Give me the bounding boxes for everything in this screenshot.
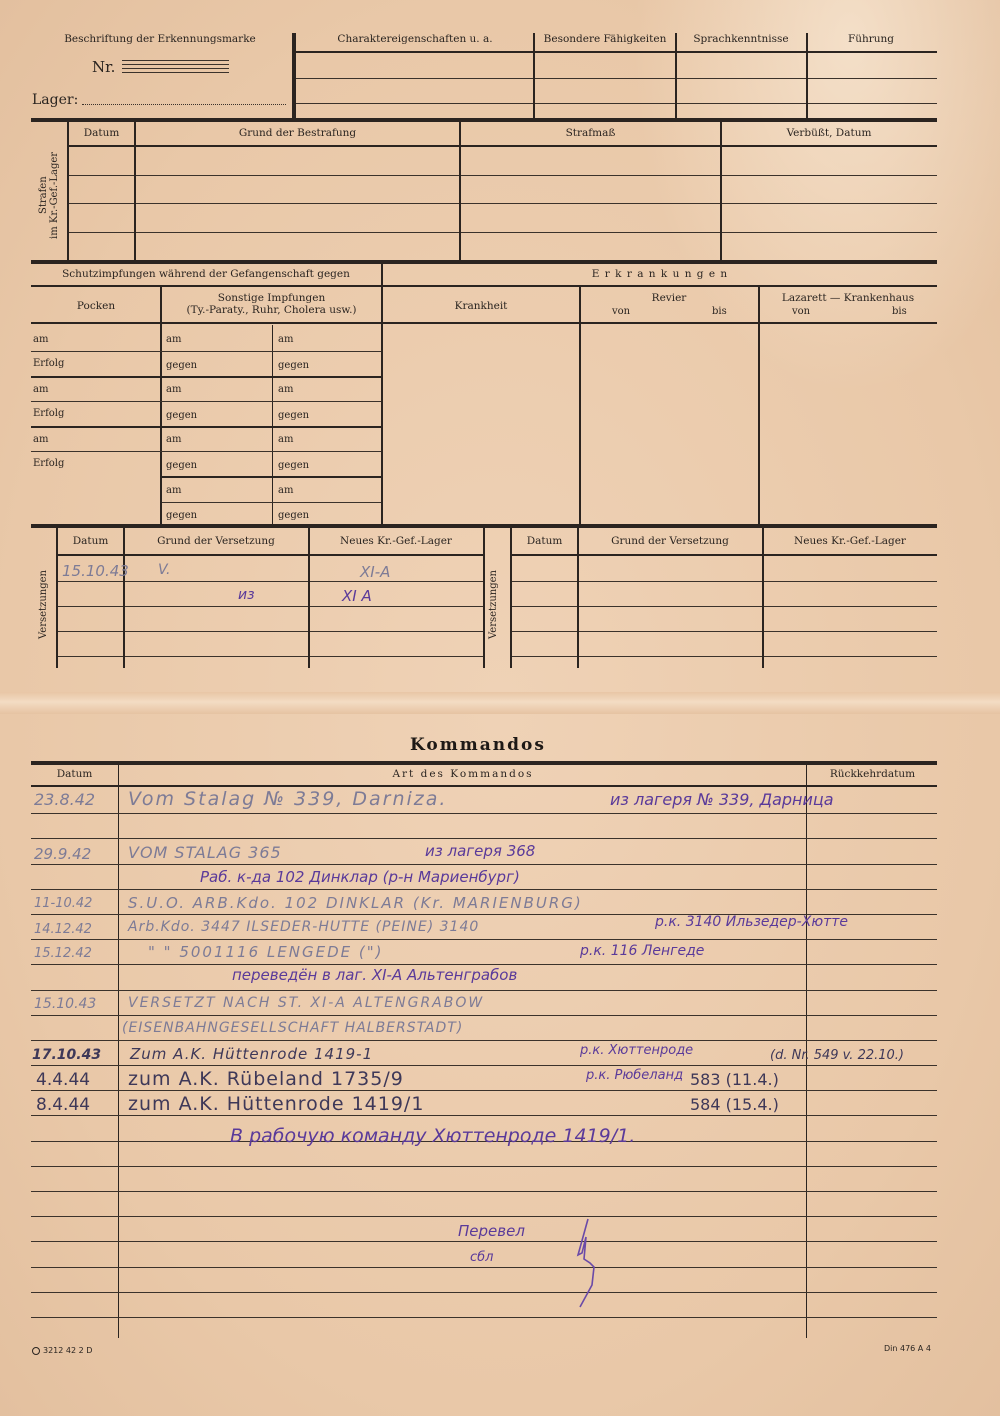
kommando-text: zum A.K. Rübeland 1735/9 [128, 1068, 404, 1090]
gegen-label: gegen [166, 510, 197, 521]
nr-line [122, 64, 229, 65]
signature-text: Перевел [458, 1222, 525, 1240]
erkrankungen-title: E r k r a n k u n g e n [383, 268, 937, 280]
kommando-text-ru: из лагеря 368 [425, 842, 535, 860]
am-label: am [33, 334, 48, 345]
kommando-date: 29.9.42 [34, 845, 91, 863]
am-label: am [166, 334, 181, 345]
kommando-date: 8.4.44 [36, 1095, 90, 1115]
kommando-text: Arb.Kdo. 3447 ILSEDER-HUTTE (PEINE) 3140 [128, 919, 479, 935]
kommando-note-ru: В рабочую команду Хюттенроде 1419/1. [230, 1125, 635, 1147]
col-sprachen: Sprachkenntnisse [676, 33, 806, 45]
lazarett-bis: bis [892, 306, 907, 317]
kommando-date: 4.4.44 [36, 1070, 90, 1090]
kommando-text: zum A.K. Hüttenrode 1419/1 [128, 1093, 424, 1115]
revier-bis: bis [712, 306, 727, 317]
vers-col-grund: Grund der Versetzung [124, 535, 308, 547]
versetzungen-side-label: Versetzungen [38, 560, 54, 650]
strafen-col-datum: Datum [69, 127, 134, 139]
vers2-col-datum: Datum [512, 535, 577, 547]
gegen-label: gegen [166, 460, 197, 471]
erfolg-label: Erfolg [33, 408, 64, 419]
gegen-label: gegen [166, 410, 197, 421]
kommando-text: Vom Stalag № 339, Darniza. [128, 788, 447, 810]
revier-von: von [612, 306, 630, 317]
col-charakter: Charaktereigenschaften u. a. [296, 33, 534, 45]
col-faehigkeiten: Besondere Fähigkeiten [534, 33, 676, 45]
footer-left: 3212 42 2 D [32, 1346, 92, 1355]
gegen-label: gegen [278, 410, 309, 421]
vers-date: 15.10.43 [62, 562, 129, 580]
kommando-num: 584 (15.4.) [690, 1095, 779, 1114]
vers-grund: V. [158, 562, 170, 578]
kommando-text-ru: р.к. 116 Ленгеде [580, 943, 704, 959]
col-revier: Revier [580, 292, 758, 304]
vers-lager-ink: XI A [342, 587, 372, 605]
nr-label: Nr. [92, 58, 115, 76]
col-pocken: Pocken [31, 300, 161, 312]
am-label: am [166, 434, 181, 445]
kommando-date: 23.8.42 [34, 790, 95, 809]
impfungen-title: Schutzimpfungen während der Gefangenscha… [31, 268, 381, 280]
kommando-date: 11-10.42 [34, 896, 92, 911]
vers-col-lager: Neues Kr.-Gef.-Lager [309, 535, 483, 547]
vers-grund-ru: из [238, 587, 255, 603]
am-label: am [278, 485, 293, 496]
kommando-text: VERSETZT NACH ST. XI-A ALTENGRABOW [128, 995, 484, 1011]
am-label: am [166, 485, 181, 496]
signature-scribble-icon [560, 1215, 620, 1310]
erfolg-label: Erfolg [33, 358, 64, 369]
vers2-col-grund: Grund der Versetzung [578, 535, 762, 547]
kommandos-col-datum: Datum [31, 768, 118, 780]
page-fold [0, 692, 1000, 714]
strafen-col-strafmass: Strafmaß [460, 127, 721, 139]
kommando-date: 15.10.43 [34, 996, 96, 1012]
kommando-text-ru: Раб. к-да 102 Динклар (р-н Мариенбург) [200, 868, 520, 886]
col-krankheit: Krankheit [383, 300, 579, 312]
am-label: am [278, 334, 293, 345]
lager-label: Lager: [32, 92, 78, 108]
kommando-num: 583 (11.4.) [690, 1070, 779, 1089]
strafen-col-verbuesst: Verbüßt, Datum [721, 127, 937, 139]
kommando-return: (d. Nr. 549 v. 22.10.) [770, 1048, 904, 1063]
kommando-date: 17.10.43 [32, 1047, 101, 1063]
kommando-date: 14.12.42 [34, 922, 92, 937]
am-label: am [33, 434, 48, 445]
nr-line [122, 60, 229, 61]
gegen-label: gegen [166, 360, 197, 371]
nr-line [122, 72, 229, 73]
col-sonstige: Sonstige Impfungen(Ty.-Paraty., Ruhr, Ch… [162, 292, 381, 316]
kommando-text: " " 5001116 LENGEDE (") [148, 943, 383, 961]
kommando-text: Zum A.K. Hüttenrode 1419-1 [130, 1045, 373, 1063]
kommando-text: (EISENBAHNGESELLSCHAFT HALBERSTADT) [122, 1020, 463, 1036]
erfolg-label: Erfolg [33, 458, 64, 469]
footer-right: Din 476 A 4 [884, 1344, 931, 1353]
vers-lager-pencil: XI-A [360, 563, 390, 581]
kommandos-title: Kommandos [410, 735, 546, 755]
vers-col-datum: Datum [58, 535, 123, 547]
divider [292, 33, 296, 118]
kommando-text-ru: р.к. Рюбеланд [586, 1068, 683, 1083]
kommando-text-ru: переведён в лаг. XI-A Альтенграбов [232, 966, 517, 984]
kommando-text: VOM STALAG 365 [128, 843, 282, 862]
gegen-label: gegen [278, 510, 309, 521]
col-fuehrung: Führung [806, 33, 936, 45]
nr-line [122, 68, 229, 69]
gegen-label: gegen [278, 460, 309, 471]
kommando-date: 15.12.42 [34, 946, 92, 961]
lager-field[interactable] [82, 104, 286, 105]
kommando-text-ru: р.к. 3140 Ильзедер-Хютте [655, 914, 848, 930]
signature-abbrev: сбл [470, 1250, 493, 1265]
am-label: am [33, 384, 48, 395]
lazarett-von: von [792, 306, 810, 317]
am-label: am [166, 384, 181, 395]
kommandos-col-art: Art des Kommandos [120, 768, 806, 780]
vers2-col-lager: Neues Kr.-Gef.-Lager [763, 535, 937, 547]
col-lazarett: Lazarett — Krankenhaus [759, 292, 937, 304]
versetzungen-side-label-2: Versetzungen [488, 560, 504, 650]
kommando-text: S.U.O. ARB.Kdo. 102 DINKLAR (Kr. MARIENB… [128, 894, 583, 912]
strafen-side-label: Strafenim Kr.-Gef.-Lager [38, 130, 68, 260]
print-mark-icon [32, 1347, 40, 1355]
kommando-text-ru: из лагеря № 339, Дарница [610, 790, 834, 809]
gegen-label: gegen [278, 360, 309, 371]
am-label: am [278, 384, 293, 395]
strafen-col-grund: Grund der Bestrafung [135, 127, 460, 139]
kommando-text-ru: р.к. Хюттенроде [580, 1043, 693, 1058]
kommandos-col-rueckkehr: Rückkehrdatum [808, 768, 937, 780]
am-label: am [278, 434, 293, 445]
erkennungsmarke-label: Beschriftung der Erkennungsmarke [60, 33, 260, 45]
